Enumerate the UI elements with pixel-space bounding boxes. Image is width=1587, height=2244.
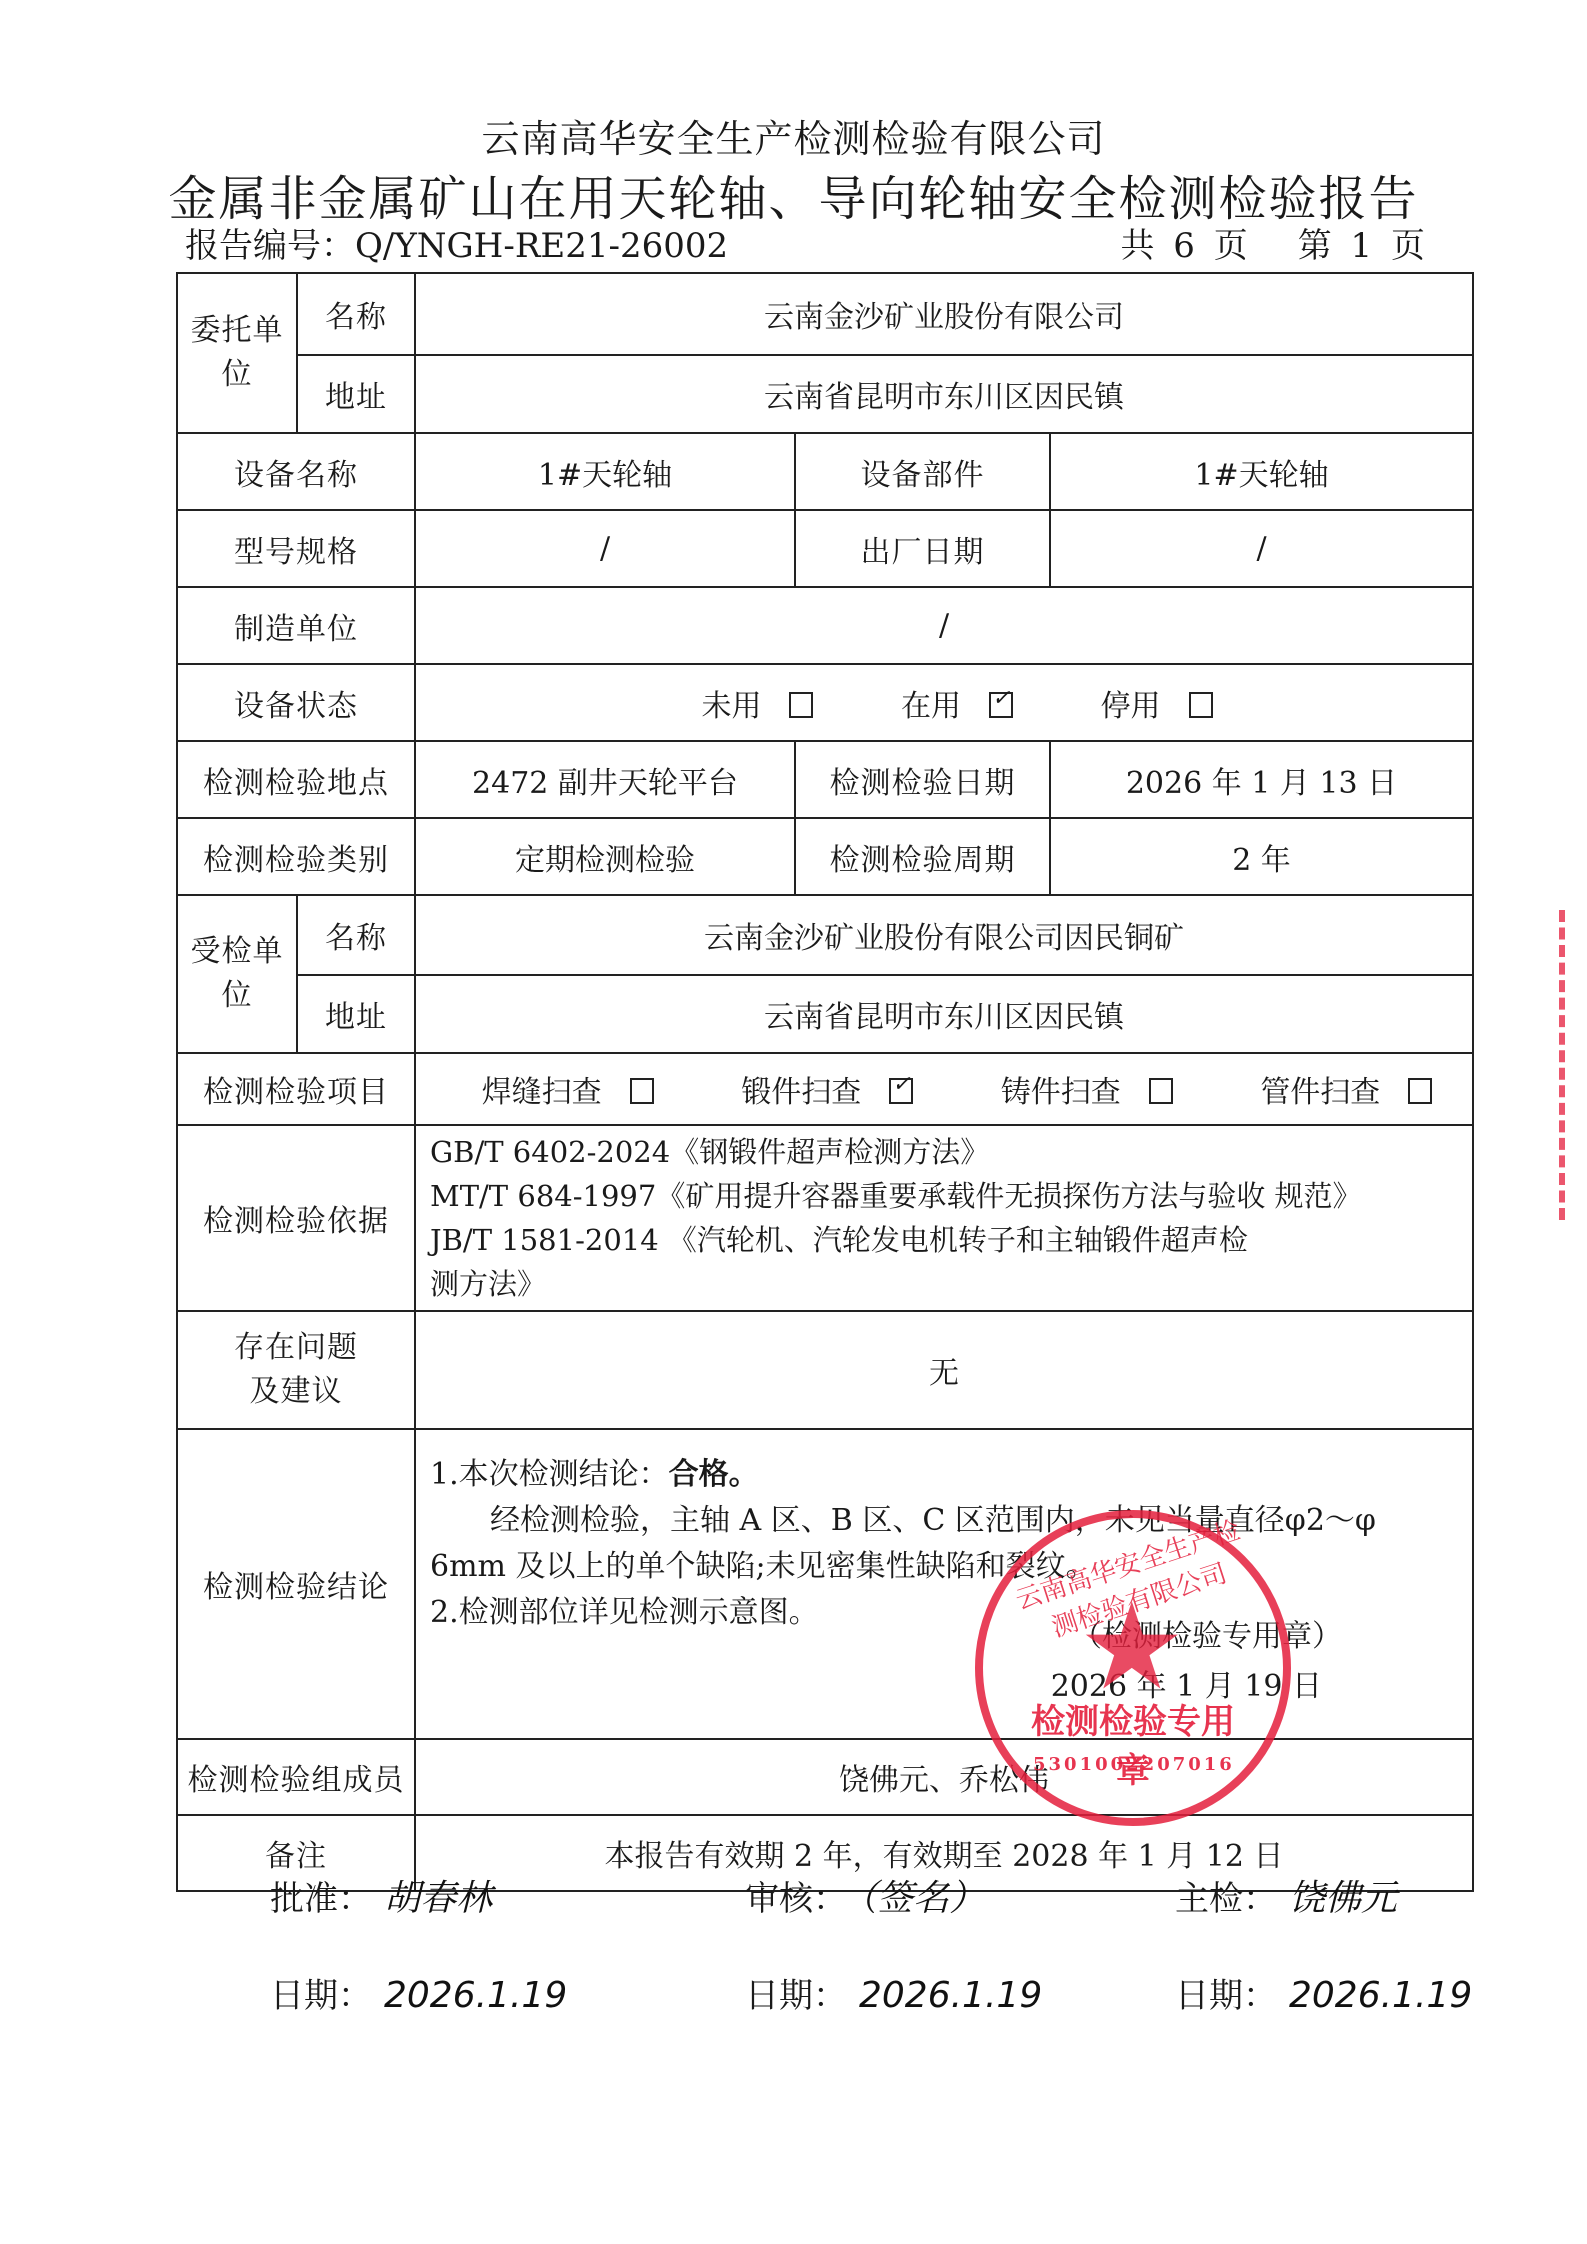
conclusion-line1-prefix: 1.本次检测结论： (430, 1457, 669, 1492)
total-pages: 共 6 页 (1121, 226, 1248, 266)
review-date-label: 日期： (745, 1976, 847, 2016)
status-options: 未用 在用 停用 (415, 664, 1473, 741)
client-name-label: 名称 (297, 273, 415, 355)
edge-seal-fragment (1559, 910, 1583, 1220)
approve-name: 胡春林 (384, 1878, 492, 1919)
chief-date: 日期：2026.1.19 (1175, 1968, 1472, 2017)
status-stopped-label: 停用 (1101, 689, 1161, 724)
status-stopped-checkbox (1189, 692, 1213, 718)
issues-label-line1: 存在问题 (186, 1326, 406, 1370)
review-date: 日期：2026.1.19 (745, 1968, 1042, 2017)
report-number-label: 报告编号： (185, 226, 355, 266)
inspection-cycle-label: 检测检验周期 (795, 818, 1050, 895)
status-in-use-checkbox (989, 692, 1013, 718)
factory-date-value: / (1050, 510, 1473, 587)
conclusion-line2: 经检测检验，主轴 A 区、B 区、C 区范围内，未见当量直径φ2～φ (430, 1498, 1458, 1544)
inspection-cycle-value: 2 年 (1050, 818, 1473, 895)
status-in-use: 在用 (875, 689, 1013, 724)
equipment-name: 1#天轮轴 (415, 433, 795, 510)
inspected-unit-group-text: 受检单位 (191, 934, 284, 1013)
approve-signature: 批准：胡春林 (270, 1870, 492, 1921)
inspected-unit-group-label: 受检单位 (177, 895, 297, 1053)
review-name: （签名） (859, 1878, 985, 1919)
chief-name: 饶佛元 (1289, 1878, 1397, 1919)
current-page: 第 1 页 (1298, 226, 1425, 266)
inspected-unit-name-label: 名称 (297, 895, 415, 975)
items-label: 检测检验项目 (177, 1053, 415, 1125)
team-label: 检测检验组成员 (177, 1739, 415, 1815)
chief-signature: 主检：饶佛元 (1175, 1870, 1397, 1921)
items-options: 焊缝扫查 锻件扫查 铸件扫查 管件扫查 (415, 1053, 1473, 1125)
report-number-value: Q/YNGH-RE21-26002 (355, 226, 728, 266)
status-label: 设备状态 (177, 664, 415, 741)
status-stopped: 停用 (1075, 689, 1213, 724)
approve-date-label: 日期： (270, 1976, 372, 2016)
item-pipe-scan-label: 管件扫查 (1260, 1075, 1380, 1110)
equipment-part: 1#天轮轴 (1050, 433, 1473, 510)
issues-label-line2: 及建议 (186, 1370, 406, 1414)
model-label: 型号规格 (177, 510, 415, 587)
basis-item: GB/T 6402-2024《钢锻件超声检测方法》 (430, 1130, 1458, 1174)
model-value: / (415, 510, 795, 587)
basis-list: GB/T 6402-2024《钢锻件超声检测方法》 MT/T 684-1997《… (415, 1125, 1473, 1311)
maker-label: 制造单位 (177, 587, 415, 664)
client-name: 云南金沙矿业股份有限公司 (415, 273, 1473, 355)
equipment-name-label: 设备名称 (177, 433, 415, 510)
review-date-value: 2026.1.19 (859, 1975, 1042, 2016)
conclusion-label: 检测检验结论 (177, 1429, 415, 1739)
maker-value: / (415, 587, 1473, 664)
item-weld-scan-checkbox (630, 1078, 654, 1104)
basis-item: JB/T 1581-2014 《汽轮机、汽轮发电机转子和主轴锻件超声检 (430, 1218, 1458, 1262)
company-name: 云南高华安全生产检测检验有限公司 (0, 108, 1587, 163)
review-signature: 审核：（签名） (745, 1870, 985, 1921)
conclusion-line3: 6mm 及以上的单个缺陷;未见密集性缺陷和裂纹。 (430, 1544, 1458, 1590)
approve-date-value: 2026.1.19 (384, 1975, 567, 2016)
conclusion-line1: 1.本次检测结论：合格。 (430, 1452, 1458, 1498)
item-casting-scan: 铸件扫查 (975, 1075, 1173, 1110)
status-unused-label: 未用 (701, 689, 761, 724)
inspection-type-value: 定期检测检验 (415, 818, 795, 895)
item-forging-scan-label: 锻件扫查 (741, 1075, 861, 1110)
factory-date-label: 出厂日期 (795, 510, 1050, 587)
seal-date: 2026 年 1 月 19 日 (1051, 1664, 1322, 1710)
status-unused: 未用 (675, 689, 813, 724)
chief-date-value: 2026.1.19 (1289, 1975, 1472, 2016)
approve-date: 日期：2026.1.19 (270, 1968, 567, 2017)
item-casting-scan-checkbox (1149, 1078, 1173, 1104)
equipment-part-label: 设备部件 (795, 433, 1050, 510)
item-casting-scan-label: 铸件扫查 (1001, 1075, 1121, 1110)
inspection-date-label: 检测检验日期 (795, 741, 1050, 818)
report-table: 委托单位 名称 云南金沙矿业股份有限公司 地址 云南省昆明市东川区因民镇 设备名… (176, 272, 1474, 1892)
chief-label: 主检： (1175, 1879, 1277, 1919)
client-address: 云南省昆明市东川区因民镇 (415, 355, 1473, 433)
inspected-unit-address-label: 地址 (297, 975, 415, 1053)
approve-label: 批准： (270, 1879, 372, 1919)
client-address-label: 地址 (297, 355, 415, 433)
item-weld-scan: 焊缝扫查 (456, 1075, 654, 1110)
page-indicator: 共 6 页第 1 页 (1071, 218, 1426, 267)
location-value: 2472 副井天轮平台 (415, 741, 795, 818)
chief-date-label: 日期： (1175, 1976, 1277, 2016)
report-meta: 报告编号：Q/YNGH-RE21-26002 共 6 页第 1 页 (185, 218, 1425, 266)
conclusion-result: 合格。 (669, 1457, 759, 1492)
item-forging-scan-checkbox (889, 1078, 913, 1104)
location-label: 检测检验地点 (177, 741, 415, 818)
team-members: 饶佛元、乔松伟 (415, 1739, 1473, 1815)
seal-caption: （检测检验专用章） (1072, 1614, 1342, 1660)
item-weld-scan-label: 焊缝扫查 (482, 1075, 602, 1110)
status-in-use-label: 在用 (901, 689, 961, 724)
client-group-text: 委托单位 (191, 313, 284, 392)
client-group-label: 委托单位 (177, 273, 297, 433)
issues-label: 存在问题 及建议 (177, 1311, 415, 1429)
inspected-unit-address: 云南省昆明市东川区因民镇 (415, 975, 1473, 1053)
status-unused-checkbox (789, 692, 813, 718)
inspected-unit-name: 云南金沙矿业股份有限公司因民铜矿 (415, 895, 1473, 975)
inspection-type-label: 检测检验类别 (177, 818, 415, 895)
conclusion-body: 1.本次检测结论：合格。 经检测检验，主轴 A 区、B 区、C 区范围内，未见当… (415, 1429, 1473, 1739)
basis-label: 检测检验依据 (177, 1125, 415, 1311)
item-forging-scan: 锻件扫查 (715, 1075, 913, 1110)
basis-item: MT/T 684-1997《矿用提升容器重要承载件无损探伤方法与验收 规范》 (430, 1174, 1458, 1218)
item-pipe-scan: 管件扫查 (1234, 1075, 1432, 1110)
inspection-date-value: 2026 年 1 月 13 日 (1050, 741, 1473, 818)
report-number: 报告编号：Q/YNGH-RE21-26002 (185, 218, 728, 267)
basis-item: 测方法》 (430, 1262, 1458, 1306)
item-pipe-scan-checkbox (1408, 1078, 1432, 1104)
review-label: 审核： (745, 1879, 847, 1919)
issues-value: 无 (415, 1311, 1473, 1429)
